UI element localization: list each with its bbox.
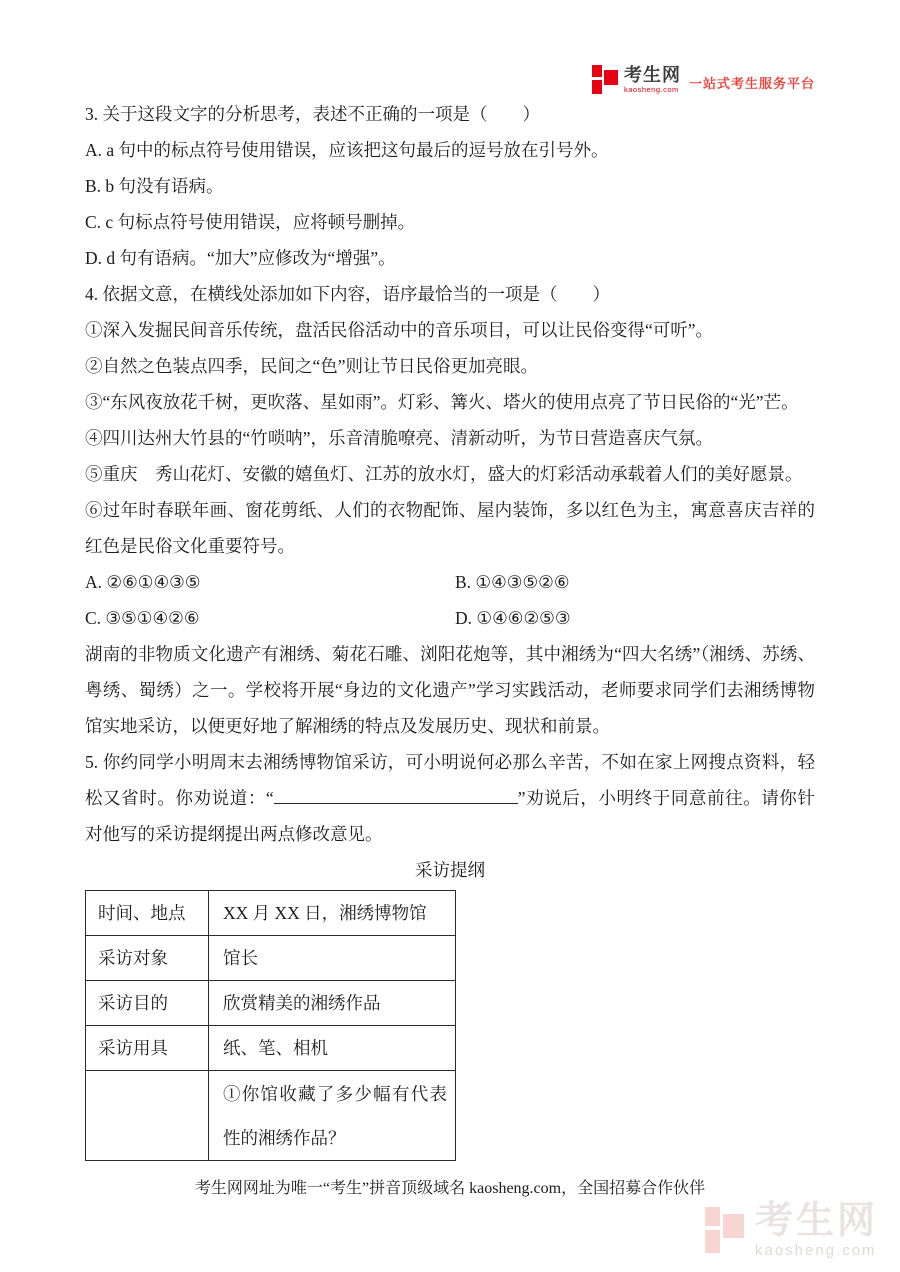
- table-label-cell: 采访目的: [86, 981, 209, 1026]
- table-value-cell: ①你馆收藏了多少幅有代表性的湘绣作品？: [209, 1071, 456, 1161]
- exam-content: 3. 关于这段文字的分析思考，表述不正确的一项是（ ） A. a 句中的标点符号…: [85, 0, 815, 1201]
- table-row: 采访用具 纸、笔、相机: [86, 1026, 456, 1071]
- table-row: 采访对象 馆长: [86, 936, 456, 981]
- watermark-logo: 考生网 kaosheng.com: [705, 1202, 878, 1258]
- question-4-sentence-2: ②自然之色装点四季，民间之“色”则让节日民俗更加亮眼。: [85, 348, 815, 384]
- question-4-sentence-1: ①深入发掘民间音乐传统，盘活民俗活动中的音乐项目，可以让民俗变得“可听”。: [85, 312, 815, 348]
- question-5-paragraph: 5. 你约同学小明周末去湘绣博物馆采访，可小明说何必那么辛苦，不如在家上网搜点资…: [85, 744, 815, 852]
- question-3-option-d: D. d 句有语病。“加大”应修改为“增强”。: [85, 240, 815, 276]
- table-label-cell: 采访用具: [86, 1026, 209, 1071]
- question-4-sentence-4: ④四川达州大竹县的“竹唢呐”，乐音清脆嘹亮、清新动听，为节日营造喜庆气氛。: [85, 420, 815, 456]
- question-3-stem: 3. 关于这段文字的分析思考，表述不正确的一项是（ ）: [85, 96, 815, 132]
- interview-outline-title: 采访提纲: [85, 856, 815, 884]
- passage-paragraph: 湖南的非物质文化遗产有湘绣、菊花石雕、浏阳花炮等，其中湘绣为“四大名绣”（湘绣、…: [85, 636, 815, 744]
- question-4-option-c: C. ③⑤①④②⑥: [85, 600, 455, 636]
- table-row: 采访目的 欣赏精美的湘绣作品: [86, 981, 456, 1026]
- table-label-cell: 采访对象: [86, 936, 209, 981]
- watermark-logo-icon: [705, 1206, 745, 1254]
- question-3-option-a: A. a 句中的标点符号使用错误，应该把这句最后的逗号放在引号外。: [85, 132, 815, 168]
- table-label-cell: 时间、地点: [86, 891, 209, 936]
- document-page: 考生网 kaosheng.com 一站式考生服务平台 3. 关于这段文字的分析思…: [0, 0, 900, 1272]
- table-label-cell: [86, 1071, 209, 1161]
- footer-note: 考生网网址为唯一“考生”拼音顶级域名 kaosheng.com，全国招募合作伙伴: [85, 1177, 815, 1201]
- question-4-option-a: A. ②⑥①④③⑤: [85, 564, 455, 600]
- question-4-stem: 4. 依据文意，在横线处添加如下内容，语序最恰当的一项是（ ）: [85, 276, 815, 312]
- answer-blank-line: [274, 786, 518, 805]
- table-value-cell: XX 月 XX 日，湘绣博物馆: [209, 891, 456, 936]
- question-4-sentence-5: ⑤重庆 秀山花灯、安徽的嬉鱼灯、江苏的放水灯，盛大的灯彩活动承载着人们的美好愿景…: [85, 456, 815, 492]
- question-3-option-c: C. c 句标点符号使用错误，应将顿号删掉。: [85, 204, 815, 240]
- table-row: ①你馆收藏了多少幅有代表性的湘绣作品？: [86, 1071, 456, 1161]
- question-4-option-b: B. ①④③⑤②⑥: [455, 564, 570, 600]
- table-value-cell: 纸、笔、相机: [209, 1026, 456, 1071]
- question-4-sentence-6: ⑥过年时春联年画、窗花剪纸、人们的衣物配饰、屋内装饰，多以红色为主，寓意喜庆吉祥…: [85, 492, 815, 564]
- question-4-sentence-3: ③“东风夜放花千树，更吹落、星如雨”。灯彩、篝火、塔火的使用点亮了节日民俗的“光…: [85, 384, 815, 420]
- watermark-domain-text: kaosheng.com: [755, 1243, 878, 1258]
- table-value-cell: 馆长: [209, 936, 456, 981]
- question-4-option-d: D. ①④⑥②⑤③: [455, 600, 571, 636]
- interview-outline-table: 时间、地点 XX 月 XX 日，湘绣博物馆 采访对象 馆长 采访目的 欣赏精美的…: [85, 890, 456, 1161]
- table-value-cell: 欣赏精美的湘绣作品: [209, 981, 456, 1026]
- question-3-option-b: B. b 句没有语病。: [85, 168, 815, 204]
- watermark-brand-text: 考生网: [755, 1202, 878, 1240]
- table-row: 时间、地点 XX 月 XX 日，湘绣博物馆: [86, 891, 456, 936]
